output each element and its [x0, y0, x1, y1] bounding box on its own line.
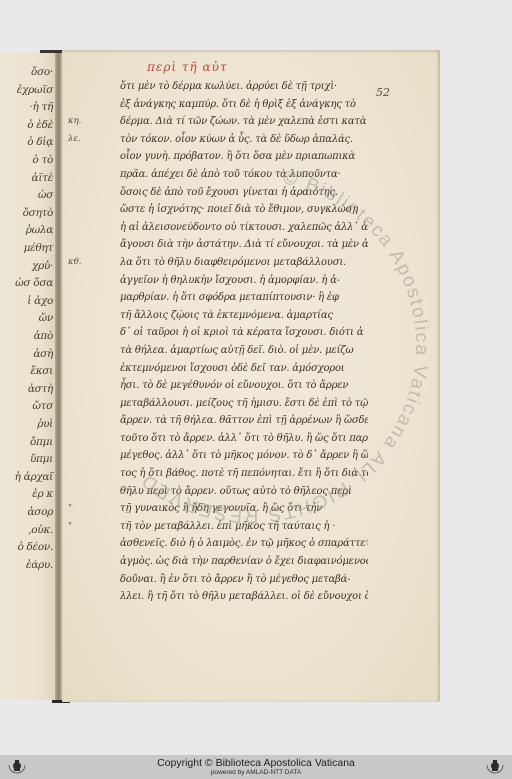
manuscript-line: θῆλυ περὶ τὸ ἄρρεν. οὕτως αὐτὸ τὸ θῆλεος…	[120, 483, 368, 501]
left-page-line-fragment: χρὐ·	[32, 260, 53, 272]
vatican-library-emblem-icon	[6, 757, 28, 777]
margin-note: λε.	[68, 134, 81, 144]
manuscript-line: ἄγουσι διὰ τὴν ἀστάτην. Διὰ τί εὔνουχοι.…	[120, 236, 368, 254]
manuscript-line: μεταβάλλουσι. μείζους τῆ ἡμισυ. ἔστι δὲ …	[120, 395, 368, 413]
left-page-line-fragment: ,οὐκ.	[28, 524, 53, 536]
left-page-line-fragment: ἰ ἀχο	[27, 295, 53, 307]
spine-top-edge	[40, 50, 64, 53]
manuscript-line: ὅσοις δὲ ἀπὸ τοῦ ἔχουσι γίνεται ἡ ἀραιότ…	[120, 184, 368, 202]
left-page-line-fragment: μέθητ	[24, 242, 53, 254]
powered-by-text: powered by AMLAD-NTT DATA	[0, 769, 512, 777]
margin-note: "	[68, 521, 72, 531]
left-page-line-fragment: ὁ τὸ	[32, 154, 53, 166]
manuscript-line: τος ἡ ὅτι βάθος. ποτὲ τῆ πεπόνηται. ἔτι …	[120, 465, 368, 483]
folio-number: 52	[376, 86, 390, 99]
manuscript-line: τῆ τὸν μεταβάλλει. ἐπὶ μῆκος τῆ ταύταις …	[120, 518, 368, 536]
manuscript-line: ἀγμὸς. ὡς διὰ τὴν παρθενίαν ὁ ἔχει διαφα…	[120, 553, 368, 571]
manuscript-line: ὅτι μὲν τὸ δέρμα κωλύει. ἀρρύει δὲ τῇ τρ…	[120, 78, 368, 96]
manuscript-line: δ᾽ οἱ ταῦροι ἡ οἱ κριοὶ τὰ κέρατα ἴσχουσ…	[120, 324, 368, 342]
left-page-line-fragment: ἀστὴ	[28, 383, 53, 395]
manuscript-line: τὸν τόκον. οἷον κύων ἀ ὗς. τὰ δὲ ὕδωρ ἀπ…	[120, 131, 368, 149]
margin-note: κη.	[68, 116, 81, 126]
left-page-line-fragment: ἀσορ	[27, 506, 53, 518]
margin-note: κθ.	[68, 257, 81, 267]
left-page-line-fragment: ὤν	[39, 312, 53, 324]
left-page-line-fragment: ἡ ἀρχαῖ	[15, 471, 53, 483]
left-page-line-fragment: ὡσ ὄσα	[15, 277, 53, 289]
left-page-line-fragment: ῥωλα	[26, 224, 53, 236]
manuscript-line: δέρμα. Διὰ τί τῶν ζώων. τὰ μὲν χαλεπὰ ἐσ…	[120, 113, 368, 131]
manuscript-line: τὰ θήλεα. ἀμαρτίως αὐτῇ δεῖ. διὸ. οἱ μὲν…	[120, 342, 368, 360]
manuscript-line: τοῦτο ὅτι τὸ ἄρρεν. ἀλλ᾽ ὅτι τὸ θῆλυ. ἢ …	[120, 430, 368, 448]
left-page-line-fragment: ἀϊτὲ	[32, 172, 53, 184]
manuscript-line: ἄρρεν. τὰ τῆ θήλεα. θᾶττον ἐπὶ τῇ ἀρρένω…	[120, 412, 368, 430]
vatican-library-emblem-icon	[484, 757, 506, 777]
manuscript-line: λα ὅτι τὸ θῆλυ διαφθειρόμενοι μεταβάλλου…	[120, 254, 368, 272]
left-page-line-fragment: ὁ δέον.	[17, 541, 53, 553]
left-page-line-fragment: ὡσ	[38, 189, 53, 201]
manuscript-line: δοῦναι. ἢ ἐν ὅτι τὸ ἄρρεν ἢ τὸ μέγεθος μ…	[120, 571, 368, 589]
left-page-line-fragment: ὄπμι	[30, 436, 53, 448]
manuscript-line: μαρθρίαν. ἡ ὅτι σφόδρα μεταπίπτουσιν· ἢ …	[120, 289, 368, 307]
manuscript-line: ἡ αἱ ἀλεισονεύδοντο οὐ τίκτουσι. χαλεπῶς…	[120, 219, 368, 237]
manuscript-line: τῆ ἄλλοις ζῴοις τὰ ἐκτεμνόμενα. ἀμαρτίας	[120, 307, 368, 325]
left-page-line-fragment: ὄσητὸ	[23, 207, 53, 219]
left-page-line-fragment: ὕπμι	[30, 453, 53, 465]
manuscript-line: ἐκτεμνόμενοι ἴσχουσι ὁδὲ δεῖ ταν. ἀμόσχο…	[120, 360, 368, 378]
manuscript-line: πρᾶα. ἀπέχει δὲ ἀπὸ τοῦ τόκου τὰ λυποῦντ…	[120, 166, 368, 184]
manuscript-text-block: ὅτι μὲν τὸ δέρμα κωλύει. ἀρρύει δὲ τῇ τρ…	[120, 78, 368, 606]
margin-note: "	[68, 503, 72, 513]
left-page-line-fragment: ῥυὶ	[37, 418, 53, 430]
manuscript-line: ὥστε ἡ ἰσχνότης· ποιεῖ διὰ τὸ ἔθιμον, συ…	[120, 201, 368, 219]
left-page-line-fragment: ὁ ἐδὲ	[27, 119, 53, 131]
left-page-line-fragment: ὁ δἰᾳ	[27, 136, 53, 148]
manuscript-line: τῇ γυναικὸς ἢ ἤδη γεγονυῖα. ἢ ὥς ὅτι τὴν	[120, 500, 368, 518]
left-page-verso: ὄσο·ἐχρωϊσ·ἡ τῆὁ ἐδὲὁ δἰᾳὁ τὸἀϊτὲὡσὄσητὸ…	[0, 52, 57, 700]
left-page-line-fragment: ὤτσ	[32, 400, 53, 412]
copyright-text: Copyright © Biblioteca Apostolica Vatica…	[0, 755, 512, 769]
manuscript-viewer[interactable]: ὄσο·ἐχρωϊσ·ἡ τῆὁ ἐδὲὁ δἰᾳὁ τὸἀϊτὲὡσὄσητὸ…	[0, 0, 512, 755]
left-page-line-fragment: ἔκσι	[30, 365, 53, 377]
manuscript-line: ἀσθενεῖς. διὸ ἡ ὁ λαιμὸς. ἐν τῷ μῆκος ὁ …	[120, 535, 368, 553]
rubric-heading: περὶ τῆ αὐτ	[147, 60, 228, 74]
left-page-line-fragment: ἐάρυ.	[26, 559, 53, 571]
left-page-line-fragment: ·ἡ τῆ	[29, 101, 53, 113]
book-spine-gutter	[55, 50, 62, 702]
left-page-line-fragment: ἐρ κ	[32, 488, 53, 500]
manuscript-line: ἦσι. τὸ δὲ μεγέθυνόν οἱ εὔνουχοι. ὅτι τὸ…	[120, 377, 368, 395]
manuscript-line: μέγεθος. ἀλλ᾽ ὅτι τὸ μῆκος μόνον. τὸ δ᾽ …	[120, 447, 368, 465]
left-page-line-fragment: ἐχρωϊσ	[17, 84, 53, 96]
right-page-recto: περὶ τῆ αὐτ 52 κη.λε.κθ."" ὅτι μὲν τὸ δέ…	[62, 50, 440, 702]
footer-bar: Copyright © Biblioteca Apostolica Vatica…	[0, 755, 512, 779]
manuscript-line: ἀγγεῖον ἡ θηλυκὴν ἴσχουσι. ἡ ἀμορφίαν. ἡ…	[120, 272, 368, 290]
left-page-line-fragment: ὄσο·	[31, 66, 53, 78]
manuscript-line: ἐξ ἀνάγκης καμπύρ. ὅτι δὲ ἡ θρὶξ ἐξ ἀνάγ…	[120, 96, 368, 114]
manuscript-line: λλει. ἢ τῆ ὅτι τὸ θῆλυ μεταβάλλει. οἱ δὲ…	[120, 588, 368, 606]
left-page-line-fragment: ἀπὸ	[34, 330, 53, 342]
manuscript-line: οἷον γυνὴ. πρόβατον. ἢ ὅτι ὅσα μὲν πριαπ…	[120, 148, 368, 166]
left-page-line-fragment: ἀσὴ	[33, 348, 53, 360]
